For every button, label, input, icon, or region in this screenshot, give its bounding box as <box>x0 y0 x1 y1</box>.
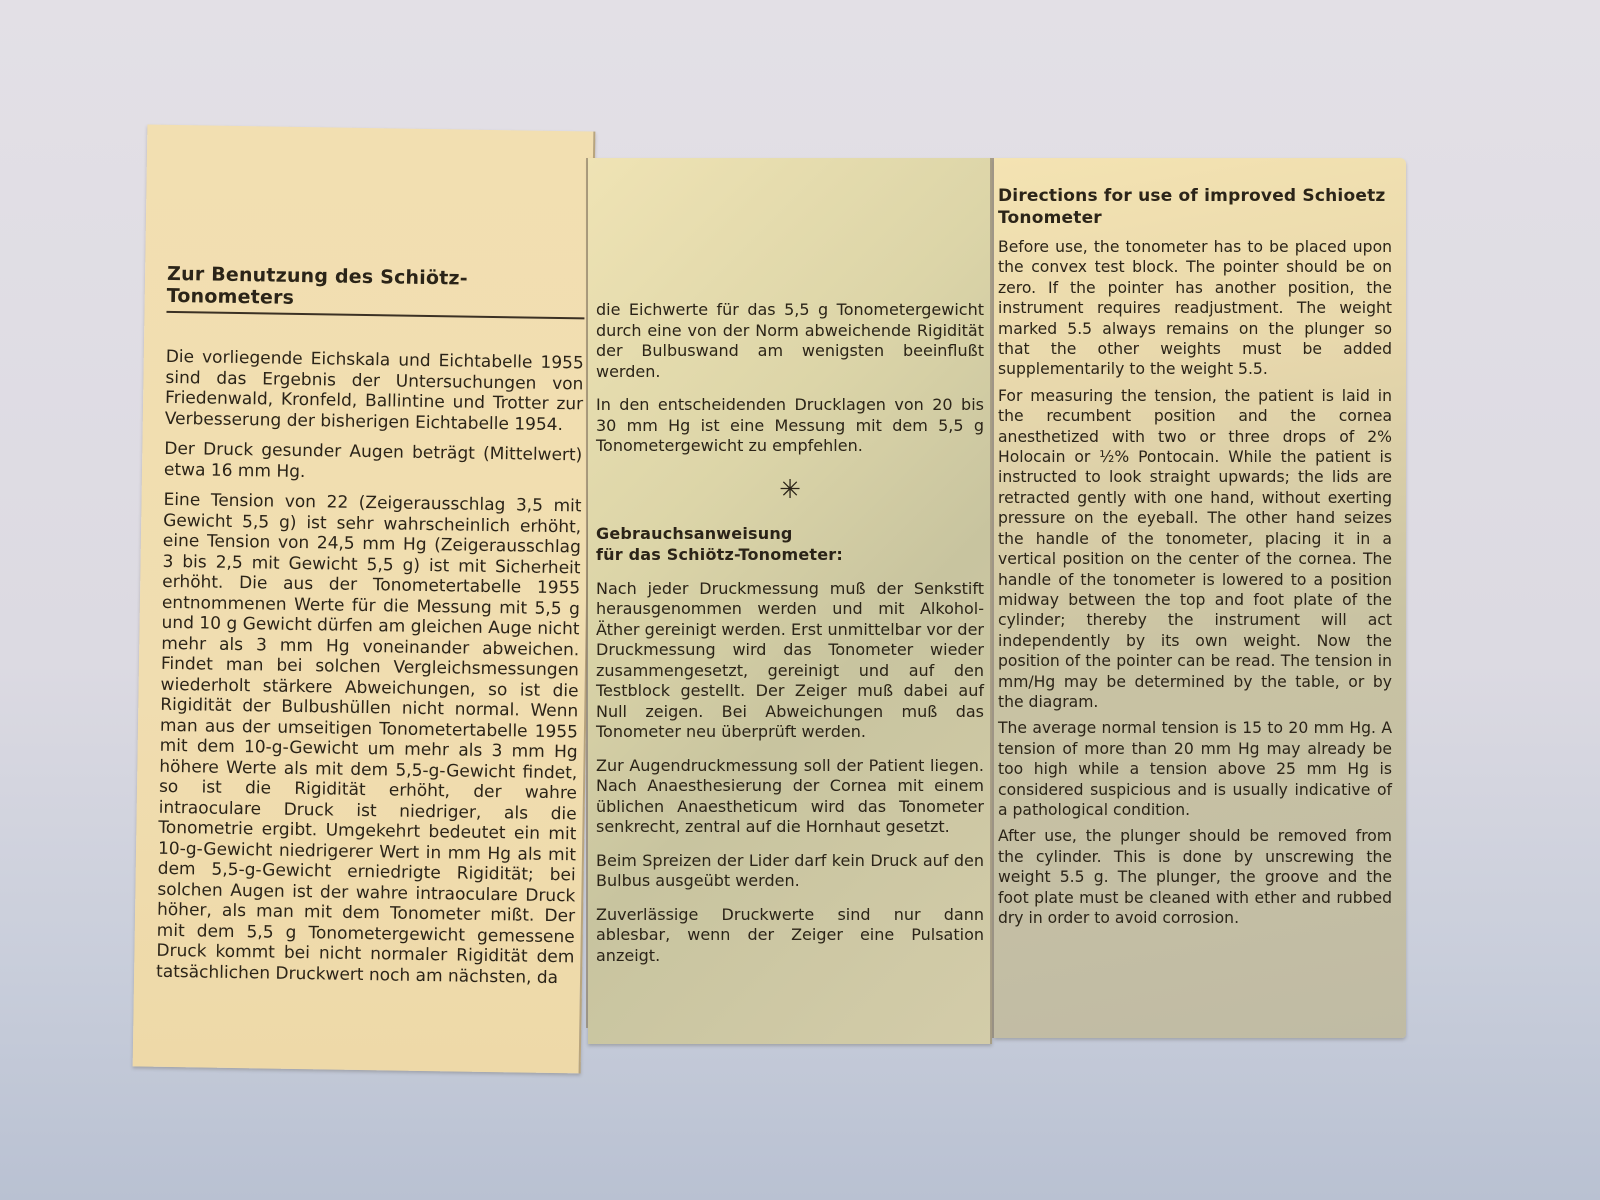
middle-paragraph: die Eichwerte für das 5,5 g Tonometergew… <box>596 300 984 382</box>
middle-panel: die Eichwerte für das 5,5 g Tonometergew… <box>588 158 992 1044</box>
middle-paragraph: Zuverlässige Druckwerte sind nur dann ab… <box>596 905 984 967</box>
middle-paragraph: Nach jeder Druckmessung muß der Senkstif… <box>596 579 984 743</box>
right-paragraph: Before use, the tonometer has to be plac… <box>998 237 1392 380</box>
middle-paragraph: Beim Spreizen der Lider darf kein Druck … <box>596 851 984 892</box>
middle-paragraph: Zur Augendruckmessung soll der Patient l… <box>596 756 984 838</box>
left-paragraph: Eine Tension von 22 (Zeigerausschlag 3,5… <box>156 490 582 989</box>
fold-line-right <box>992 158 994 1038</box>
middle-heading-line-2: für das Schiötz-Tonometer: <box>596 544 984 565</box>
fold-line-left <box>586 158 588 1028</box>
asterisk-separator-icon: ✳ <box>596 475 984 505</box>
right-panel: Directions for use of improved Schioetz … <box>994 158 1406 1038</box>
middle-panel-heading: Gebrauchsanweisung für das Schiötz-Tonom… <box>596 523 984 565</box>
middle-paragraph: In den entscheidenden Drucklagen von 20 … <box>596 395 984 457</box>
right-paragraph: For measuring the tension, the patient i… <box>998 386 1392 713</box>
left-paragraph: Der Druck gesunder Augen beträgt (Mittel… <box>164 439 583 487</box>
left-panel: Zur Benutzung des Schiötz-Tonometers Die… <box>133 125 596 1074</box>
middle-panel-content: die Eichwerte für das 5,5 g Tonometergew… <box>596 300 984 979</box>
right-paragraph: After use, the plunger should be removed… <box>998 826 1392 928</box>
left-paragraph: Die vorliegende Eichskala und Eichtabell… <box>165 347 584 436</box>
left-panel-heading: Zur Benutzung des Schiötz-Tonometers <box>167 263 586 314</box>
right-paragraph: The average normal tension is 15 to 20 m… <box>998 718 1392 820</box>
leaflet: Zur Benutzung des Schiötz-Tonometers Die… <box>0 0 1600 1200</box>
right-panel-heading: Directions for use of improved Schioetz … <box>998 186 1392 229</box>
middle-heading-line-1: Gebrauchsanweisung <box>596 523 984 544</box>
left-panel-content: Zur Benutzung des Schiötz-Tonometers Die… <box>156 263 585 998</box>
right-panel-content: Directions for use of improved Schioetz … <box>998 186 1392 934</box>
